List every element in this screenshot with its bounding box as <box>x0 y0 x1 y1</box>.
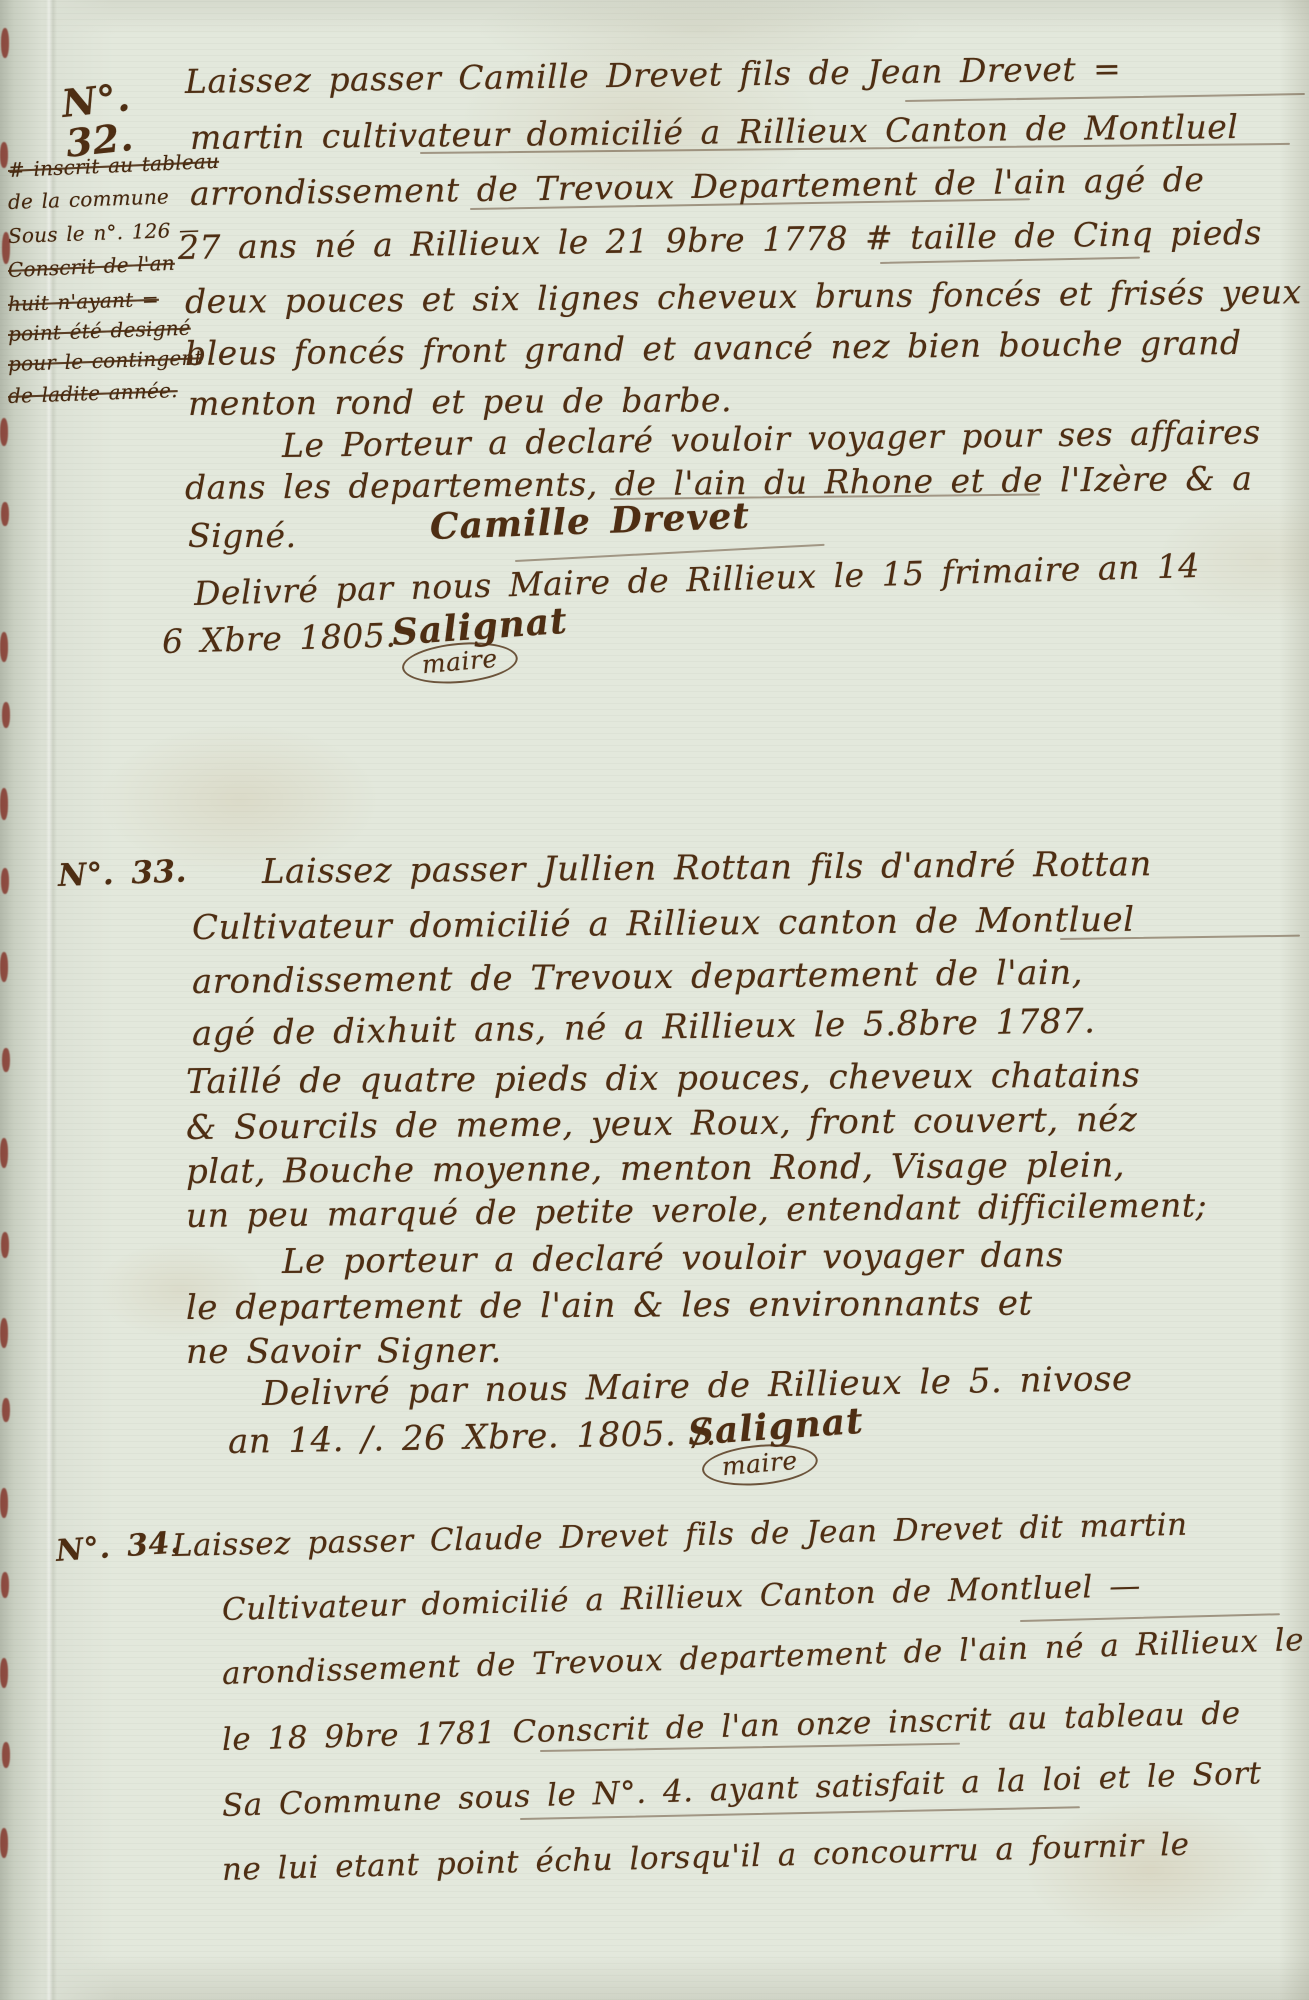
binding-mark <box>1 1232 9 1258</box>
binding-mark <box>1 28 9 58</box>
entry-33-line: plat, Bouche moyenne, menton Rond, Visag… <box>186 1145 1125 1192</box>
entry-32-delivery-line: Delivré par nous Maire de Rillieux le 15… <box>193 546 1200 613</box>
entry-32-margin-line: de la commune <box>8 184 170 214</box>
entry-33-line: le departement de l'ain & les environnan… <box>186 1284 1033 1328</box>
entry-33-line: Taillé de quatre pieds dix pouces, cheve… <box>186 1055 1140 1102</box>
entry-33-line: Le porteur a declaré vouloir voyager dan… <box>282 1235 1064 1282</box>
binding-mark <box>0 632 8 662</box>
ink-stroke <box>880 257 1140 264</box>
entry-32-margin-line: huit n'ayant = <box>8 287 160 316</box>
ink-stroke <box>1020 1613 1280 1622</box>
entry-32-line: Laissez passer Camille Drevet fils de Je… <box>185 49 1122 101</box>
ink-stroke <box>905 93 1305 102</box>
binding-mark <box>0 788 8 820</box>
entry-32-line: arrondissement de Trevoux Departement de… <box>190 160 1205 213</box>
binding-mark <box>1 1572 9 1598</box>
entry-33-line: un peu marqué de petite verole, entendan… <box>186 1185 1208 1235</box>
entry-32-line: 27 ans né a Rillieux le 21 9bre 1778 # t… <box>178 213 1262 267</box>
entry-32-margin-line: Conscrit de l'an <box>7 251 175 282</box>
entry-33-line: Laissez passer Jullien Rottan fils d'and… <box>262 844 1152 892</box>
entry-32-margin-line: # inscrit au tableau <box>7 149 219 182</box>
entry-34-line: ne lui etant point échu lorsqu'il a conc… <box>222 1827 1190 1888</box>
binding-mark <box>0 1828 8 1858</box>
entry-32-number: N°. 32. <box>60 72 188 164</box>
binding-mark <box>0 952 8 982</box>
entry-33-line: Cultivateur domicilié a Rillieux canton … <box>192 900 1135 948</box>
entry-32-margin-line: Sous le n°. 126 — <box>8 217 200 248</box>
entry-33-line: ne Savoir Signer. <box>186 1331 502 1372</box>
entry-32-margin-line: point été designé <box>8 316 192 346</box>
binding-mark <box>2 702 10 728</box>
binding-mark <box>1 502 9 526</box>
entry-33-line: arondissement de Trevoux departement de … <box>192 953 1083 1002</box>
binding-mark <box>0 1318 8 1348</box>
entry-32-line: deux pouces et six lignes cheveux bruns … <box>185 272 1302 321</box>
binding-mark <box>0 1488 8 1518</box>
binding-mark <box>2 1048 10 1072</box>
binding-mark <box>2 1742 10 1768</box>
entry-34-line: le 18 9bre 1781 Conscrit de l'an onze in… <box>222 1695 1241 1758</box>
entry-33-number: N°. 33. <box>57 854 187 894</box>
entry-33-line: agé de dixhuit ans, né a Rillieux le 5.8… <box>192 1001 1096 1054</box>
entry-32-line: bleus foncés front grand et avancé nez b… <box>185 323 1242 373</box>
entry-32-delivery-line: 6 Xbre 1805. <box>161 615 396 661</box>
binding-mark <box>2 1398 10 1422</box>
entry-33-line: & Sourcils de meme, yeux Roux, front cou… <box>186 1100 1138 1148</box>
showthrough-text <box>250 8 258 38</box>
binding-mark <box>1 868 9 894</box>
entry-32-line: martin cultivateur domicilié a Rillieux … <box>190 107 1239 157</box>
entry-34-line: arondissement de Trevoux departement de … <box>221 1622 1304 1692</box>
entry-34-number: N°. 34. <box>55 1525 182 1569</box>
entry-32-signed-label: Signé. <box>188 516 297 555</box>
entry-34-line: Cultivateur domicilié a Rillieux Canton … <box>222 1568 1142 1628</box>
entry-34-line: Sa Commune sous le N°. 4. ayant satisfai… <box>221 1755 1262 1824</box>
manuscript-page: N°. 32. # inscrit au tableau de la commu… <box>0 0 1309 2000</box>
binding-mark <box>0 1658 8 1688</box>
entry-32-margin-line: pour le contingent <box>8 345 204 376</box>
entry-32-line: menton rond et peu de barbe. <box>188 380 732 423</box>
entry-34-line: Laissez passer Claude Drevet fils de Jea… <box>172 1507 1188 1564</box>
binding-mark <box>0 1138 8 1168</box>
entry-33-delivery-line: an 14. /. 26 Xbre. 1805. /. <box>228 1413 717 1462</box>
binding-mark <box>0 418 8 446</box>
entry-32-margin-line: de ladite année. <box>8 378 178 408</box>
